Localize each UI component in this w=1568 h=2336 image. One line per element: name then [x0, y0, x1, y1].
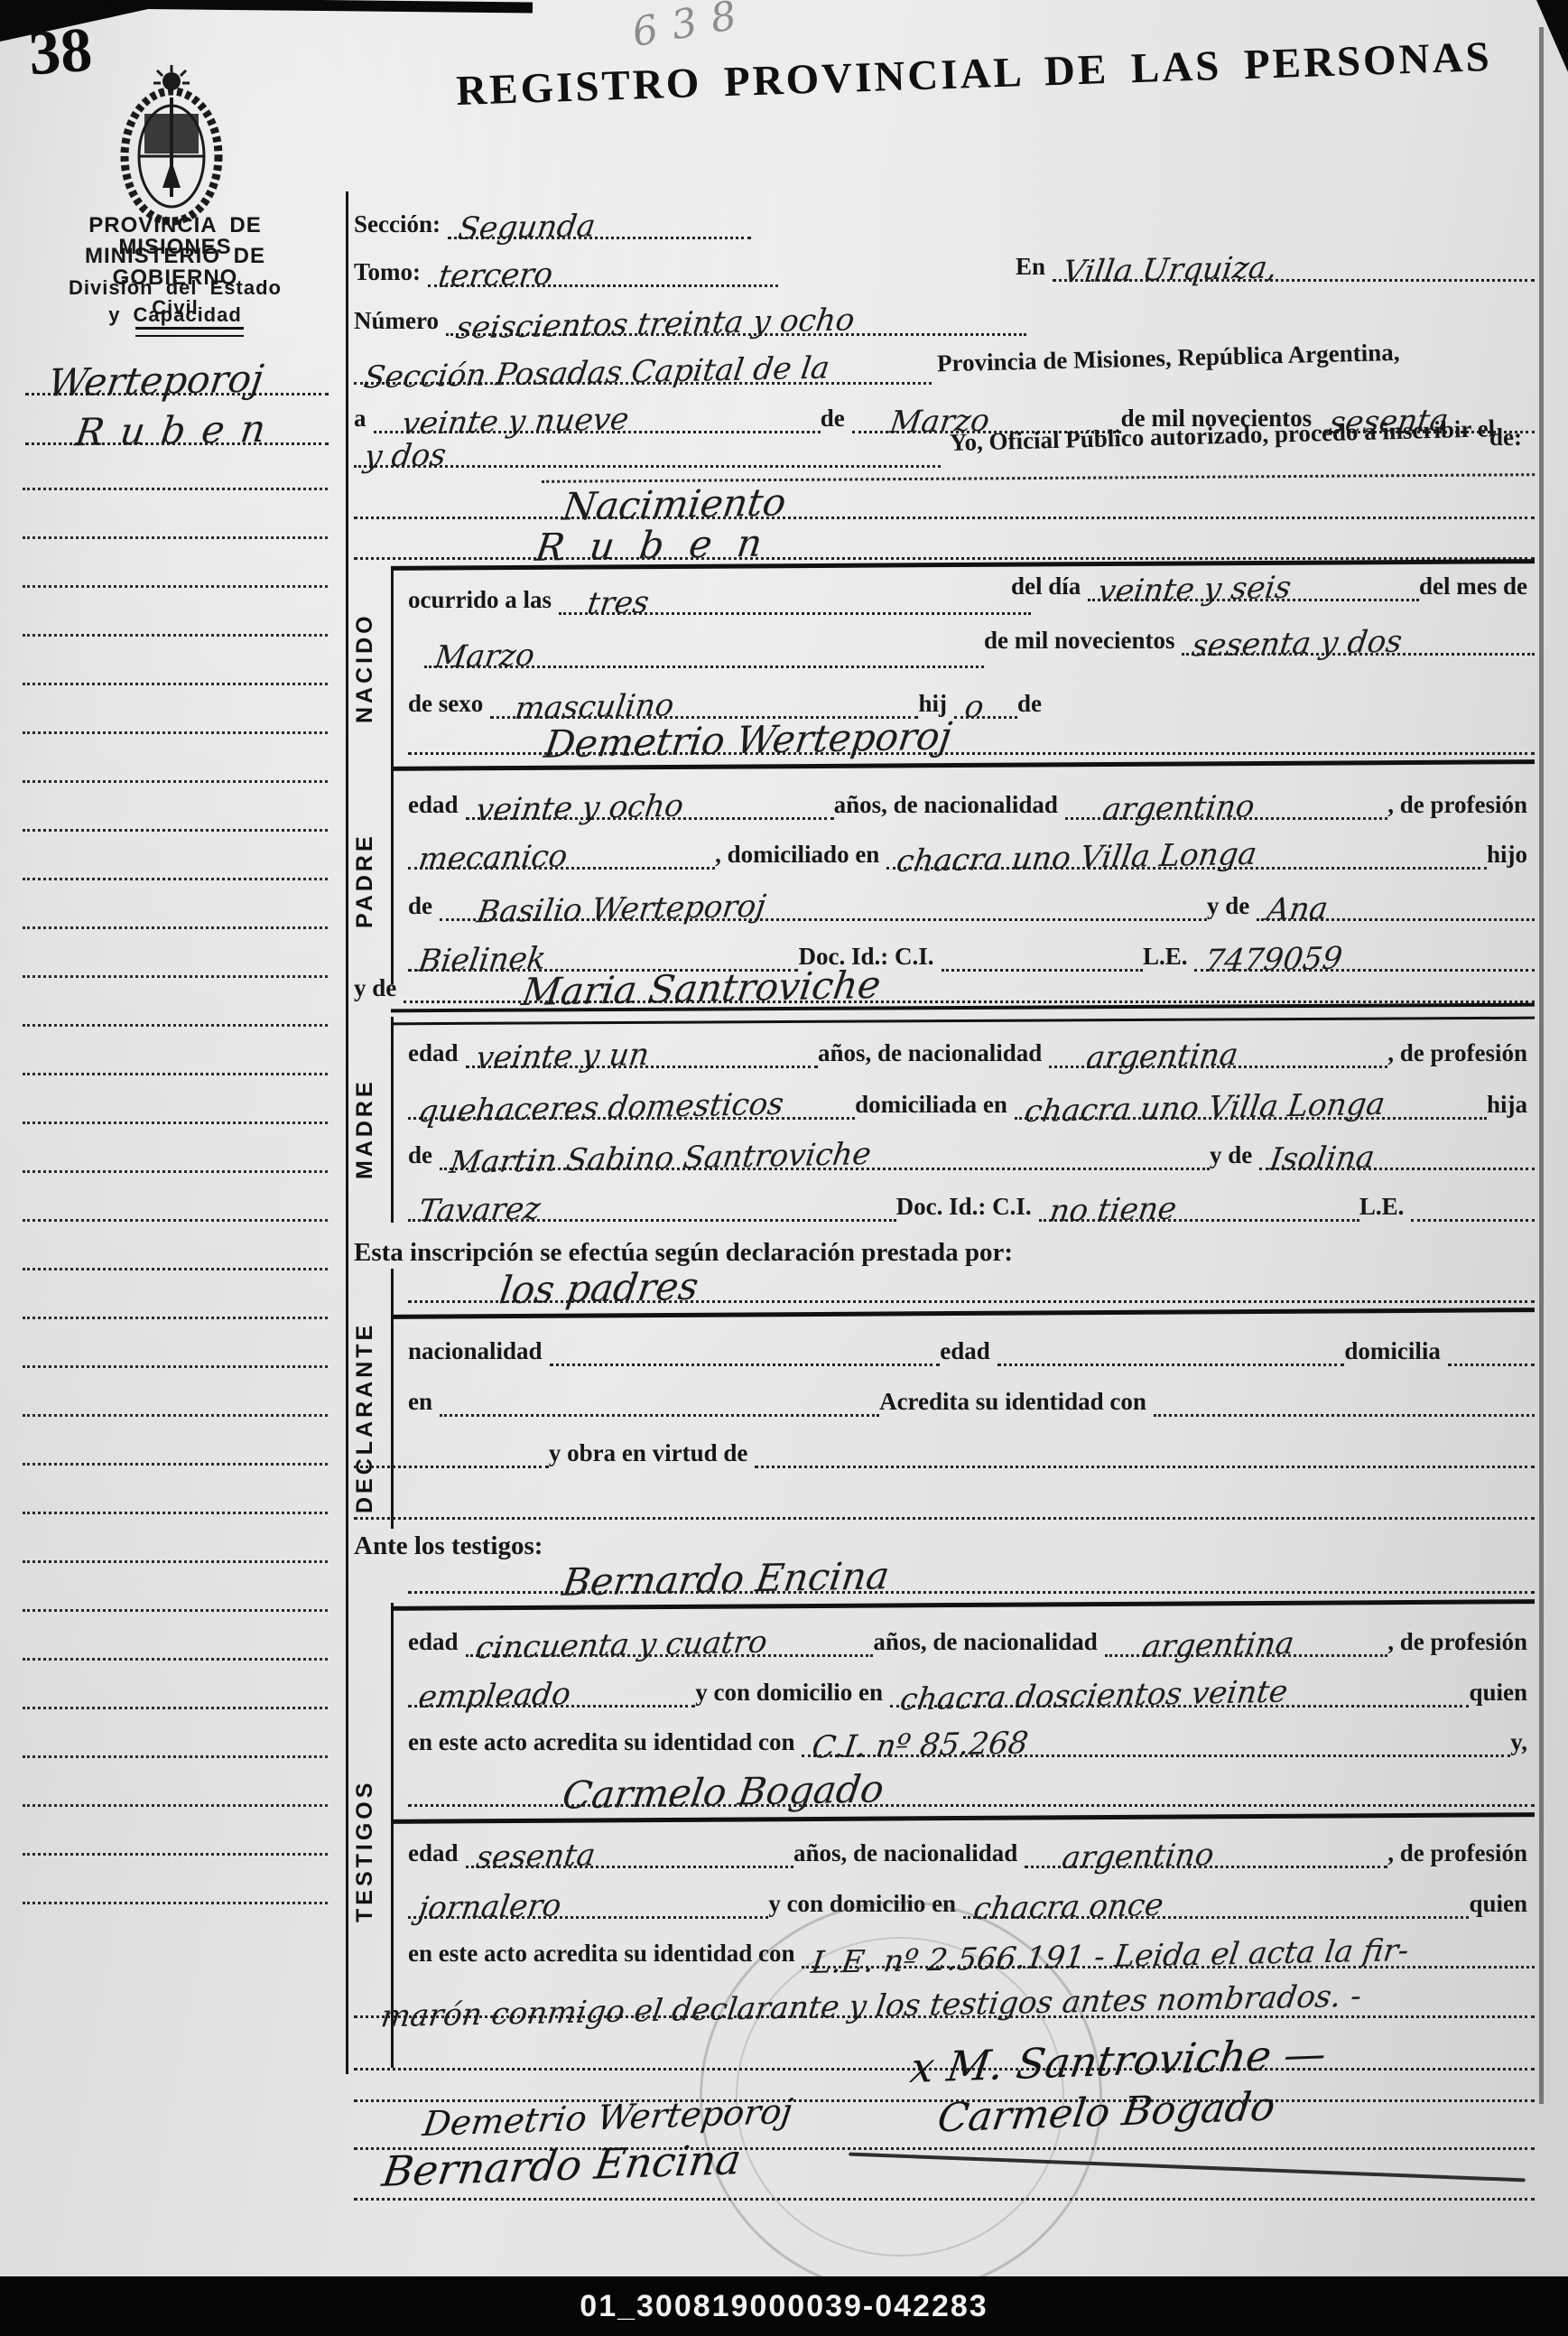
row-declarante-datos3: y obra en virtud de [354, 1423, 1535, 1468]
firma-carmelo: Carmelo Bogado [935, 2089, 1277, 2137]
y-de-label: y de [1207, 893, 1257, 921]
margin-rule [23, 585, 328, 588]
row-padre-nombre: Demetrio Werteporoj [408, 710, 1535, 755]
margin-rule [23, 1024, 328, 1027]
row-madre-profesion: quehaceres domesticos domiciliada en cha… [408, 1075, 1535, 1120]
seccion-value: Segunda [446, 213, 608, 244]
de-profesion-label-4: , de profesión [1387, 1840, 1535, 1868]
margin-rule [23, 1804, 328, 1807]
row-declarante: los padres [408, 1258, 1535, 1303]
margin-rule [23, 683, 328, 685]
ocurrido-label: ocurrido a las [408, 587, 559, 615]
margin-rule [23, 1512, 328, 1514]
testigo1-nacionalidad: argentina [1129, 1630, 1306, 1661]
nacionalidad-label: nacionalidad [408, 1338, 550, 1366]
en-label-2: en [408, 1389, 440, 1417]
row-testigo2-nombre: Carmelo Bogado [408, 1762, 1535, 1807]
acredita-label: Acredita su identidad con [879, 1389, 1154, 1417]
anio-nac-value: sesenta y dos [1180, 628, 1415, 661]
margin-rule [23, 1317, 328, 1319]
del-mes-label: del mes de [1419, 573, 1535, 601]
edad-label-2: edad [408, 1040, 466, 1068]
row-numero: Número seiscientos treinta y ocho [354, 291, 1026, 336]
margin-givenname-row: Ruben [25, 400, 329, 445]
margin-rule [23, 1073, 328, 1075]
y-de-label-2: y de [354, 975, 404, 1003]
row-declarante-datos1: nacionalidad edad domicilia [408, 1321, 1535, 1366]
margin-rule [23, 731, 328, 734]
org-line-capacity: y Capacidad [51, 305, 300, 325]
padre-edad: veinte y ocho [463, 793, 696, 825]
abuela-paterna: Ana [1255, 895, 1341, 924]
abuelo-paterno: Basilio Werteporoj [464, 893, 778, 927]
row-testigo2-edad: edad sesenta años, de nacionalidad argen… [408, 1823, 1535, 1868]
margin-rule [23, 1658, 328, 1661]
testigo1-nombre: Bernardo Encina [550, 1559, 903, 1600]
abuelo-materno: Martin Sabino Santroviche [437, 1140, 884, 1177]
de-label-3: de [408, 893, 440, 921]
margin-given-name: Ruben [62, 412, 294, 451]
domiciliado-label: , domiciliado en [715, 842, 886, 870]
margin-rule [23, 634, 328, 637]
row-madre-abuelos: de Martin Sabino Santroviche y de Isolin… [408, 1125, 1535, 1170]
anios-nacionalidad-label-2: años, de nacionalidad [818, 1040, 1049, 1068]
del-dia-label: del día [1011, 573, 1088, 601]
row-lugar: En Villa Urquiza, [1016, 237, 1535, 282]
page-title: REGISTRO PROVINCIAL DE LAS PERSONAS [455, 33, 1492, 116]
scan-artifact-top-streak [108, 0, 533, 13]
de-profesion-label-3: , de profesión [1387, 1629, 1535, 1657]
row-declarante-blank [354, 1475, 1535, 1520]
margin-rule [23, 1414, 328, 1417]
firma-bernardo: Bernardo Encina [380, 2141, 744, 2191]
row-padre-abuelos: de Basilio Werteporoj y de Ana [408, 876, 1535, 921]
hija-label: hija [1487, 1092, 1535, 1120]
padre-nombre: Demetrio Werteporoj [532, 719, 965, 762]
nacido-inner-border [391, 567, 394, 764]
hora-value: tres [575, 589, 662, 619]
padre-section-label: PADRE [352, 808, 378, 953]
testigo2-domicilio: chacra once [961, 1892, 1176, 1923]
row-madre-edad: edad veinte y un años, de nacionalidad a… [408, 1023, 1535, 1068]
row-anio-nac: de mil novecientos sesenta y dos [984, 610, 1535, 656]
le-label-2: L.E. [1359, 1194, 1412, 1222]
margin-rule [23, 975, 328, 978]
row-padre-edad: edad veinte y ocho años, de nacionalidad… [408, 775, 1535, 820]
edad-label: edad [408, 792, 466, 820]
margin-rule [23, 536, 328, 539]
margin-rule [23, 1170, 328, 1173]
margin-rule [23, 1560, 328, 1563]
margin-rule [23, 829, 328, 832]
row-seccion: Sección: Segunda [354, 194, 751, 239]
row-hora: ocurrido a las tres [408, 570, 1031, 615]
nacido-section-label: NACIDO [352, 591, 378, 745]
madre-domicilio: chacra uno Villa Longa [1012, 1091, 1397, 1126]
testigo1-documento: C.I. nº 85.268 [800, 1730, 1041, 1763]
row-dia-nac: del día veinte y seis del mes de [1011, 556, 1535, 601]
row-inscripto: Ruben [354, 515, 1535, 560]
edad-label-3: edad [940, 1338, 997, 1366]
margin-rule [23, 1219, 328, 1222]
quien-label-2: quien [1469, 1891, 1535, 1919]
mes-nac-value: Marzo [422, 642, 547, 672]
doc-id-label-2: Doc. Id.: C.I. [896, 1194, 1039, 1222]
hijo-label: hijo [1487, 842, 1535, 870]
madre-section-label: MADRE [352, 1047, 378, 1210]
testigo1-edad: cincuenta y cuatro [463, 1629, 779, 1663]
pencil-folio-number: 638 [629, 0, 755, 56]
page-edge-shadow [1539, 27, 1544, 2104]
numero-label: Número [354, 308, 446, 336]
acredita-acto-label-2: en este acto acredita su identidad con [408, 1940, 802, 1968]
row-oficina: Sección Posadas Capital de la [354, 340, 932, 385]
mil-novecientos-label-2: de mil novecientos [984, 628, 1182, 656]
row-testigo1-nombre: Bernardo Encina [408, 1549, 1535, 1594]
acredita-acto-label: en este acto acredita su identidad con [408, 1729, 802, 1757]
padre-profesion: mecanico [406, 842, 580, 874]
padre-inner-border [391, 763, 394, 984]
double-rule [135, 327, 244, 337]
row-acto: Nacimiento [354, 474, 1535, 519]
quien-label: quien [1469, 1680, 1535, 1708]
page-number: 38 [26, 14, 94, 91]
row-declarante-datos2: en Acredita su identidad con [408, 1372, 1535, 1417]
margin-surname: Werteporoj [35, 361, 276, 400]
margin-rule [23, 780, 328, 783]
padre-domicilio: chacra uno Villa Longa [885, 841, 1270, 876]
y-de-label-3: y de [1210, 1142, 1259, 1170]
row-testigo2-domicilio: jornalero y con domicilio en chacra once… [408, 1874, 1535, 1919]
de-label-4: de [408, 1142, 440, 1170]
margin-rule [23, 488, 328, 490]
form-left-border [346, 191, 348, 2074]
row-madre-nombre: y de Maria Santroviche [354, 958, 1535, 1003]
lugar-value: Villa Urquiza, [1051, 255, 1290, 287]
scanned-birth-record: 38 638 REGISTRO PROVINCIAL DE LAS PERSON… [0, 0, 1568, 2336]
dia-nac-value: veinte y seis [1086, 574, 1304, 607]
edad-label-4: edad [408, 1629, 466, 1657]
numero-value: seiscientos treinta y ocho [443, 307, 867, 343]
row-tomo: Tomo: tercero [354, 242, 778, 287]
oficina-value: Sección Posadas Capital de la [351, 355, 842, 393]
madre-nacionalidad: argentina [1074, 1041, 1251, 1073]
anio2-value: y dos [352, 442, 459, 471]
testigo2-profesion: jornalero [406, 1893, 574, 1923]
abuela-materna-apellido: Tavarez [406, 1196, 553, 1226]
domiciliada-label: domiciliada en [855, 1092, 1015, 1120]
row-testigo1-edad: edad cincuenta y cuatro años, de naciona… [408, 1612, 1535, 1657]
madre-profesion: quehaceres domesticos [405, 1091, 796, 1127]
testigo1-domicilio: chacra doscientos veinte [887, 1679, 1300, 1715]
row-mes-nac: Marzo [424, 623, 984, 668]
en-label: En [1016, 254, 1053, 282]
anios-nacionalidad-label-3: años, de nacionalidad [873, 1629, 1104, 1657]
scan-code: 01_300819000039-042283 [580, 2289, 988, 2324]
y-coma-label: y, [1510, 1729, 1535, 1757]
margin-rule [23, 926, 328, 929]
testigo2-nacionalidad: argentino [1050, 1841, 1227, 1873]
anios-nacionalidad-label-4: años, de nacionalidad [793, 1840, 1025, 1868]
madre-ci-valor: no tiene [1036, 1196, 1189, 1226]
margin-rule [23, 1121, 328, 1124]
abuela-materna: Isolina [1257, 1144, 1387, 1175]
tomo-value: tercero [426, 261, 566, 292]
madre-inner-border [391, 1017, 394, 1223]
margin-rule [23, 1463, 328, 1466]
testigos-section-label: TESTIGOS [352, 1747, 378, 1955]
margin-rule [23, 878, 328, 880]
testigo1-profesion: empleado [406, 1680, 583, 1712]
row-madre-doc: Tavarez Doc. Id.: C.I. no tiene L.E. [408, 1177, 1535, 1222]
de-profesion-label-2: , de profesión [1387, 1040, 1535, 1068]
obra-label: y obra en virtud de [549, 1440, 756, 1468]
margin-rule [23, 1902, 328, 1904]
inscripto-nombre: Ruben [523, 526, 801, 565]
margin-rule [23, 1707, 328, 1709]
de-profesion-label: , de profesión [1387, 792, 1535, 820]
seccion-label: Sección: [354, 211, 448, 239]
margin-surname-row: Werteporoj [25, 350, 329, 396]
margin-rule [23, 1365, 328, 1368]
row-testigo1-domicilio: empleado y con domicilio en chacra dosci… [408, 1662, 1535, 1708]
domicilia-label: domicilia [1344, 1338, 1448, 1366]
madre-nombre: Maria Santroviche [509, 968, 894, 1010]
tomo-label: Tomo: [354, 259, 428, 287]
provincia-label: Provincia de Misiones, República Argenti… [937, 340, 1407, 379]
row-padre-profesion: mecanico , domiciliado en chacra uno Vil… [408, 824, 1535, 870]
madre-edad: veinte y un [463, 1041, 661, 1073]
margin-rule [23, 1853, 328, 1856]
testigo2-nombre: Carmelo Bogado [550, 1772, 897, 1813]
padre-nacionalidad: argentino [1090, 793, 1267, 824]
con-domicilio-label: y con domicilio en [695, 1680, 890, 1708]
scan-footer-bar: 01_300819000039-042283 [0, 2276, 1568, 2336]
testigo2-edad: sesenta [463, 1842, 608, 1873]
coat-of-arms-icon [99, 61, 244, 237]
margin-rule [23, 1609, 328, 1612]
margin-rule [23, 1755, 328, 1758]
row-testigo1-doc: en este acto acredita su identidad con C… [408, 1712, 1535, 1757]
edad-label-5: edad [408, 1840, 466, 1868]
anios-nacionalidad-label: años, de nacionalidad [834, 792, 1065, 820]
margin-rule [23, 1268, 328, 1270]
declarante-valor: los padres [487, 1270, 711, 1308]
firma-santroviche: x M. Santroviche — [908, 2035, 1329, 2087]
